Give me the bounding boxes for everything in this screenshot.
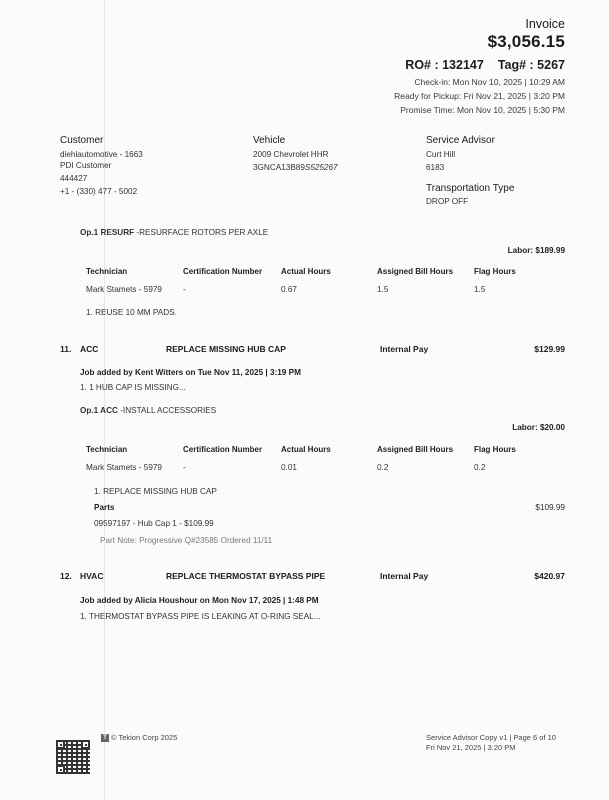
customer-title: Customer <box>60 135 143 146</box>
footer-copy-info: Service Advisor Copy v1 | Page 6 of 10 F… <box>426 733 556 753</box>
vehicle-description: 2009 Chevrolet HHR <box>253 149 338 162</box>
th-flag-hours: Flag Hours <box>474 445 516 454</box>
op-note: 1. REUSE 10 MM PADS. <box>86 308 177 317</box>
op-line: Op.1 RESURF -RESURFACE ROTORS PER AXLE <box>80 228 268 237</box>
job-amount: $129.99 <box>534 344 565 354</box>
copyright: T© Tekion Corp 2025 <box>101 733 177 742</box>
ready-for-pickup-time: Ready for Pickup: Fri Nov 21, 2025 | 3:2… <box>394 89 565 103</box>
th-certification: Certification Number <box>183 445 262 454</box>
tech-flag-hours: 1.5 <box>474 285 485 294</box>
service-advisor-section: Service Advisor Curt Hill 6183 Transport… <box>426 135 514 209</box>
scan-fold-line <box>104 0 105 800</box>
customer-name: diehlautomotive - 1663 <box>60 149 143 160</box>
job-code: HVAC <box>80 571 103 581</box>
tech-cert: - <box>183 285 186 294</box>
service-advisor-id: 6183 <box>426 162 514 175</box>
th-assigned-bill-hours: Assigned Bill Hours <box>377 267 453 276</box>
tech-bill-hours: 0.2 <box>377 463 388 472</box>
job-code: ACC <box>80 344 98 354</box>
transportation-type: DROP OFF <box>426 196 514 209</box>
op-note: 1. REPLACE MISSING HUB CAP <box>94 487 217 496</box>
job-number: 11. <box>60 344 71 354</box>
part-line: 09597197 - Hub Cap 1 - $109.99 <box>94 519 214 528</box>
ro-number: RO# : 132147 <box>405 58 484 72</box>
customer-id: 444427 <box>60 173 143 186</box>
vehicle-vin: 3GNCA13B89S525267 <box>253 162 338 175</box>
customer-section: Customer diehlautomotive - 1663 PDI Cust… <box>60 135 143 198</box>
th-actual-hours: Actual Hours <box>281 445 331 454</box>
parts-label: Parts <box>94 503 114 512</box>
op-line: Op.1 ACC -INSTALL ACCESSORIES <box>80 406 216 415</box>
customer-phone: +1 - (330) 477 - 5002 <box>60 186 143 199</box>
job-added-by: Job added by Alicia Houshour on Mon Nov … <box>80 596 319 605</box>
ro-tag-line: RO# : 132147Tag# : 5267 <box>405 58 565 72</box>
transportation-title: Transportation Type <box>426 183 514 194</box>
tech-actual-hours: 0.67 <box>281 285 297 294</box>
promise-time: Promise Time: Mon Nov 10, 2025 | 5:30 PM <box>400 103 565 117</box>
labor-amount: Labor: $189.99 <box>508 246 565 255</box>
vehicle-title: Vehicle <box>253 135 338 146</box>
tech-name: Mark Stamets - 5979 <box>86 463 162 472</box>
th-technician: Technician <box>86 445 127 454</box>
labor-amount: Labor: $20.00 <box>512 423 565 432</box>
tech-actual-hours: 0.01 <box>281 463 297 472</box>
th-flag-hours: Flag Hours <box>474 267 516 276</box>
job-number: 12. <box>60 571 72 581</box>
invoice-total: $3,056.15 <box>488 32 565 52</box>
job-added-by: Job added by Kent Witters on Tue Nov 11,… <box>80 368 301 377</box>
th-technician: Technician <box>86 267 127 276</box>
job-concern: 1. 1 HUB CAP IS MISSING... <box>80 383 186 392</box>
job-pay-type: Internal Pay <box>380 571 428 581</box>
check-in-time: Check-in: Mon Nov 10, 2025 | 10:29 AM <box>414 75 565 89</box>
service-advisor-title: Service Advisor <box>426 135 514 146</box>
job-title: REPLACE MISSING HUB CAP <box>166 344 286 354</box>
part-note: Part Note: Progressive Q#23585 Ordered 1… <box>100 536 272 545</box>
tech-cert: - <box>183 463 186 472</box>
vehicle-section: Vehicle 2009 Chevrolet HHR 3GNCA13B89S52… <box>253 135 338 174</box>
qr-code <box>56 740 90 774</box>
job-pay-type: Internal Pay <box>380 344 428 354</box>
parts-total: $109.99 <box>535 503 565 512</box>
tech-flag-hours: 0.2 <box>474 463 485 472</box>
customer-type: PDI Customer <box>60 160 143 171</box>
tech-bill-hours: 1.5 <box>377 285 388 294</box>
job-title: REPLACE THERMOSTAT BYPASS PIPE <box>166 571 325 581</box>
th-assigned-bill-hours: Assigned Bill Hours <box>377 445 453 454</box>
tech-name: Mark Stamets - 5979 <box>86 285 162 294</box>
tekion-logo-icon: T <box>101 734 109 742</box>
th-actual-hours: Actual Hours <box>281 267 331 276</box>
job-concern: 1. THERMOSTAT BYPASS PIPE IS LEAKING AT … <box>80 612 321 621</box>
document-type: Invoice <box>525 17 565 31</box>
th-certification: Certification Number <box>183 267 262 276</box>
job-amount: $420.97 <box>534 571 565 581</box>
service-advisor-name: Curt Hill <box>426 149 514 162</box>
tag-number: Tag# : 5267 <box>498 58 565 72</box>
